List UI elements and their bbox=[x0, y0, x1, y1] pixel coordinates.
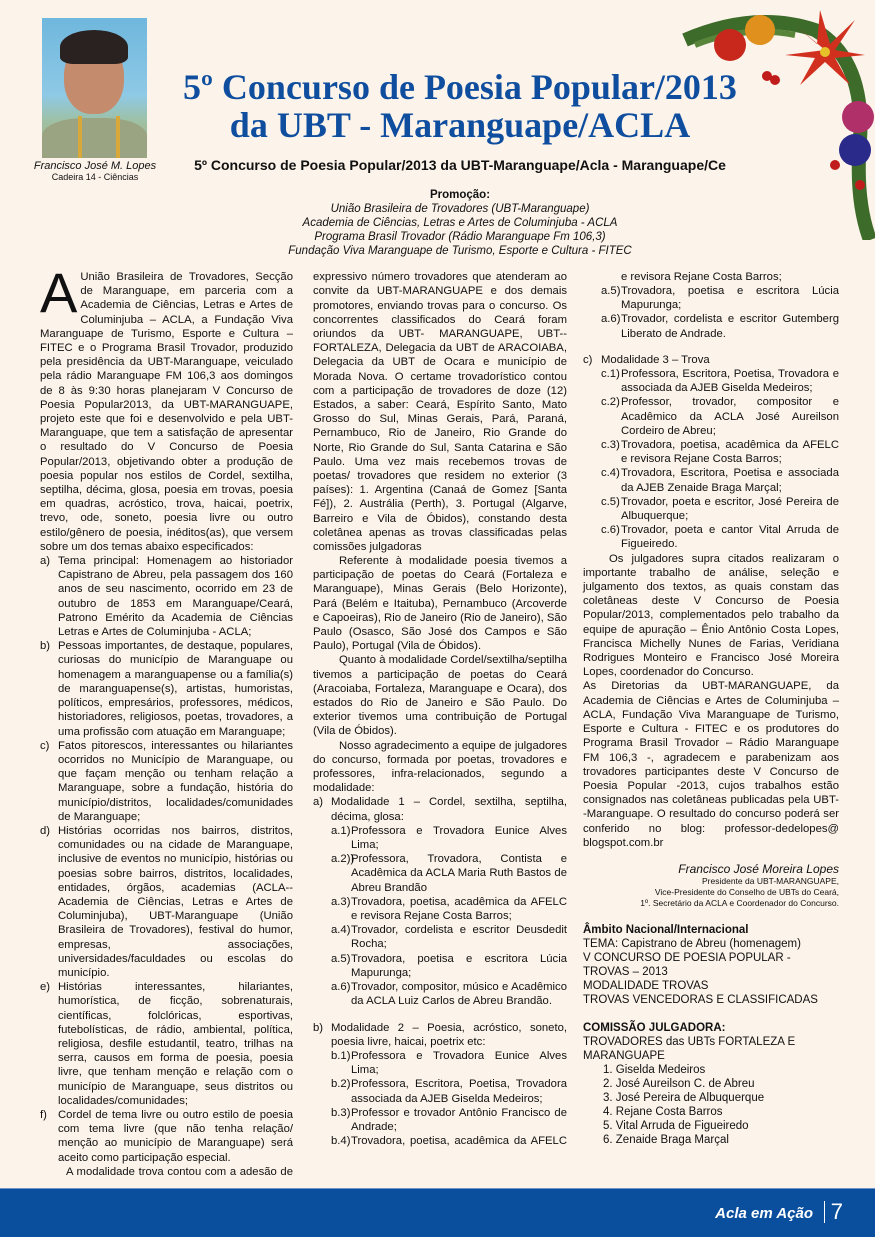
paragraph-trova: A modalidade trova contou com a adesão d… bbox=[40, 1165, 293, 1179]
article-column-1: AUnião Brasileira de Trovadores, Secção … bbox=[40, 270, 293, 1179]
photo-caption: Francisco José M. Lopes Cadeira 14 - Ciê… bbox=[20, 160, 170, 182]
theme-item: f)Cordel de tema livre ou outro estilo d… bbox=[40, 1108, 293, 1165]
modality-2: b)Modalidade 2 – Poesia, acróstico, sone… bbox=[313, 1021, 567, 1049]
promotion-item: Academia de Ciências, Letras e Artes de … bbox=[180, 216, 740, 230]
judge-item: b.4)Trovadora, poetisa, acadêmica da AFE… bbox=[313, 1134, 567, 1148]
judge-item: a.2))Professora, Trovadora, Contista e A… bbox=[313, 852, 567, 895]
list-item: 2. José Aureilson C. de Abreu bbox=[603, 1077, 839, 1091]
author-chair: Cadeira 14 - Ciências bbox=[20, 172, 170, 182]
theme-item: b)Pessoas importantes, de destaque, popu… bbox=[40, 639, 293, 738]
promotion-item: União Brasileira de Trovadores (UBT-Mara… bbox=[180, 202, 740, 216]
paragraph-poesia: Referente à modalidade poesia tivemos a … bbox=[313, 554, 567, 653]
signature-role: Vice-Presidente do Conselho de UBTs do C… bbox=[583, 887, 839, 898]
judge-item: a.6)Trovador, compositor, músico e Acadê… bbox=[313, 980, 567, 1008]
article-column-3: Trovadora, poetisa, acadêmica da AFELC e… bbox=[583, 270, 839, 1147]
subtitle: 5º Concurso de Poesia Popular/2013 da UB… bbox=[180, 157, 740, 173]
judge-item: c.1)Professora, Escritora, Poetisa, Trov… bbox=[583, 367, 839, 395]
theme-item: e)Histórias interessantes, hilariantes, … bbox=[40, 980, 293, 1108]
footer-divider bbox=[824, 1201, 825, 1223]
page-number: 7 bbox=[831, 1199, 843, 1225]
theme-item: c)Fatos pitorescos, interessantes ou hil… bbox=[40, 739, 293, 824]
scope-line: V CONCURSO DE POESIA POPULAR - TROVAS – … bbox=[583, 951, 839, 979]
page-title: 5º Concurso de Poesia Popular/2013 da UB… bbox=[180, 68, 740, 144]
commission-subheading: TROVADORES das UBTs FORTALEZA E MARANGUA… bbox=[583, 1035, 839, 1063]
paragraph-thanks: Nosso agradecimento a equipe de julgador… bbox=[313, 739, 567, 796]
signature-role: 1º. Secretário da ACLA e Coordenador do … bbox=[583, 898, 839, 909]
signature-block: Francisco José Moreira Lopes Presidente … bbox=[583, 862, 839, 909]
promotion-heading: Promoção: bbox=[180, 188, 740, 202]
scope-block: Âmbito Nacional/Internacional TEMA: Capi… bbox=[583, 923, 839, 1007]
promotion-item: Programa Brasil Trovador (Rádio Marangua… bbox=[180, 230, 740, 244]
judge-item: a.6)Trovador, cordelista e escritor Gute… bbox=[583, 312, 839, 340]
modality-3: c)Modalidade 3 – Trova bbox=[583, 353, 839, 367]
author-name: Francisco José M. Lopes bbox=[20, 160, 170, 172]
commission-heading: COMISSÃO JULGADORA: bbox=[583, 1021, 839, 1035]
judge-item: b.3)Professor e trovador Antônio Francis… bbox=[313, 1106, 567, 1134]
judge-item: a.5)Trovadora, poetisa e escritora Lúcia… bbox=[583, 284, 839, 312]
judge-item: a.3)Trovadora, poetisa, acadêmica da AFE… bbox=[313, 895, 567, 923]
list-item: 3. José Pereira de Albuquerque bbox=[603, 1091, 839, 1105]
list-item: 6. Zenaide Braga Marçal bbox=[603, 1133, 839, 1147]
scope-line: TROVAS VENCEDORAS E CLASSIFICADAS bbox=[583, 993, 839, 1007]
judge-item: a.1)Professora e Trovadora Eunice Alves … bbox=[313, 824, 567, 852]
publication-name: Acla em Ação bbox=[715, 1205, 813, 1222]
title-line-1: 5º Concurso de Poesia Popular/2013 bbox=[180, 68, 740, 106]
dropcap: A bbox=[40, 271, 77, 315]
paragraph-cordel: Quanto à modalidade Cordel/sextilha/sept… bbox=[313, 653, 567, 738]
signature-role: Presidente da UBT-MARANGUAPE, bbox=[583, 876, 839, 887]
judge-item: a.5)Trovadora, poetisa e escritora Lúcia… bbox=[313, 952, 567, 980]
page-footer: Acla em Ação 7 bbox=[0, 1188, 875, 1237]
judge-item: c.6)Trovador, poeta e cantor Vital Arrud… bbox=[583, 523, 839, 551]
paragraph-judges: Os julgadores supra citados realizaram o… bbox=[583, 552, 839, 680]
modality-1: a)Modalidade 1 – Cordel, sextilha, septi… bbox=[313, 795, 567, 823]
intro-paragraph: AUnião Brasileira de Trovadores, Secção … bbox=[40, 270, 293, 554]
scope-line: MODALIDADE TROVAS bbox=[583, 979, 839, 993]
promotion-block: Promoção: União Brasileira de Trovadores… bbox=[180, 188, 740, 258]
judge-item: a.4)Trovador, cordelista e escritor Deus… bbox=[313, 923, 567, 951]
commission-block: COMISSÃO JULGADORA: TROVADORES das UBTs … bbox=[583, 1021, 839, 1147]
promotion-item: Fundação Viva Maranguape de Turismo, Esp… bbox=[180, 244, 740, 258]
judge-item: c.5)Trovador, poeta e escritor, José Per… bbox=[583, 495, 839, 523]
judge-item: b.1)Professora e Trovadora Eunice Alves … bbox=[313, 1049, 567, 1077]
judge-item: c.4)Trovadora, Escritora, Poetisa e asso… bbox=[583, 466, 839, 494]
theme-item: a)Tema principal: Homenagem ao historiad… bbox=[40, 554, 293, 639]
title-line-2: da UBT - Maranguape/ACLA bbox=[180, 106, 740, 144]
commission-list: 1. Giselda Medeiros 2. José Aureilson C.… bbox=[583, 1063, 839, 1147]
signature-name: Francisco José Moreira Lopes bbox=[583, 862, 839, 876]
scope-heading: Âmbito Nacional/Internacional bbox=[583, 923, 839, 937]
judge-item: c.3)Trovadora, poetisa, acadêmica da AFE… bbox=[583, 438, 839, 466]
author-photo bbox=[42, 18, 147, 158]
paragraph-boards: As Diretorias da UBT-MARANGUAPE, da Acad… bbox=[583, 679, 839, 849]
scope-line: TEMA: Capistrano de Abreu (homenagem) bbox=[583, 937, 839, 951]
judge-item: c.2)Professor, trovador, compositor e Ac… bbox=[583, 395, 839, 438]
paragraph-trova-continued: A modalidade trova contou com a adesão d… bbox=[313, 270, 567, 554]
article-column-2: A modalidade trova contou com a adesão d… bbox=[313, 270, 567, 1148]
judge-item: b.2)Professora, Escritora, Poetisa, Trov… bbox=[313, 1077, 567, 1105]
theme-item: d)Histórias ocorridas nos bairros, distr… bbox=[40, 824, 293, 980]
list-item: 4. Rejane Costa Barros bbox=[603, 1105, 839, 1119]
list-item: 1. Giselda Medeiros bbox=[603, 1063, 839, 1077]
judge-item-continued: Trovadora, poetisa, acadêmica da AFELC e… bbox=[583, 270, 839, 284]
list-item: 5. Vital Arruda de Figueiredo bbox=[603, 1119, 839, 1133]
